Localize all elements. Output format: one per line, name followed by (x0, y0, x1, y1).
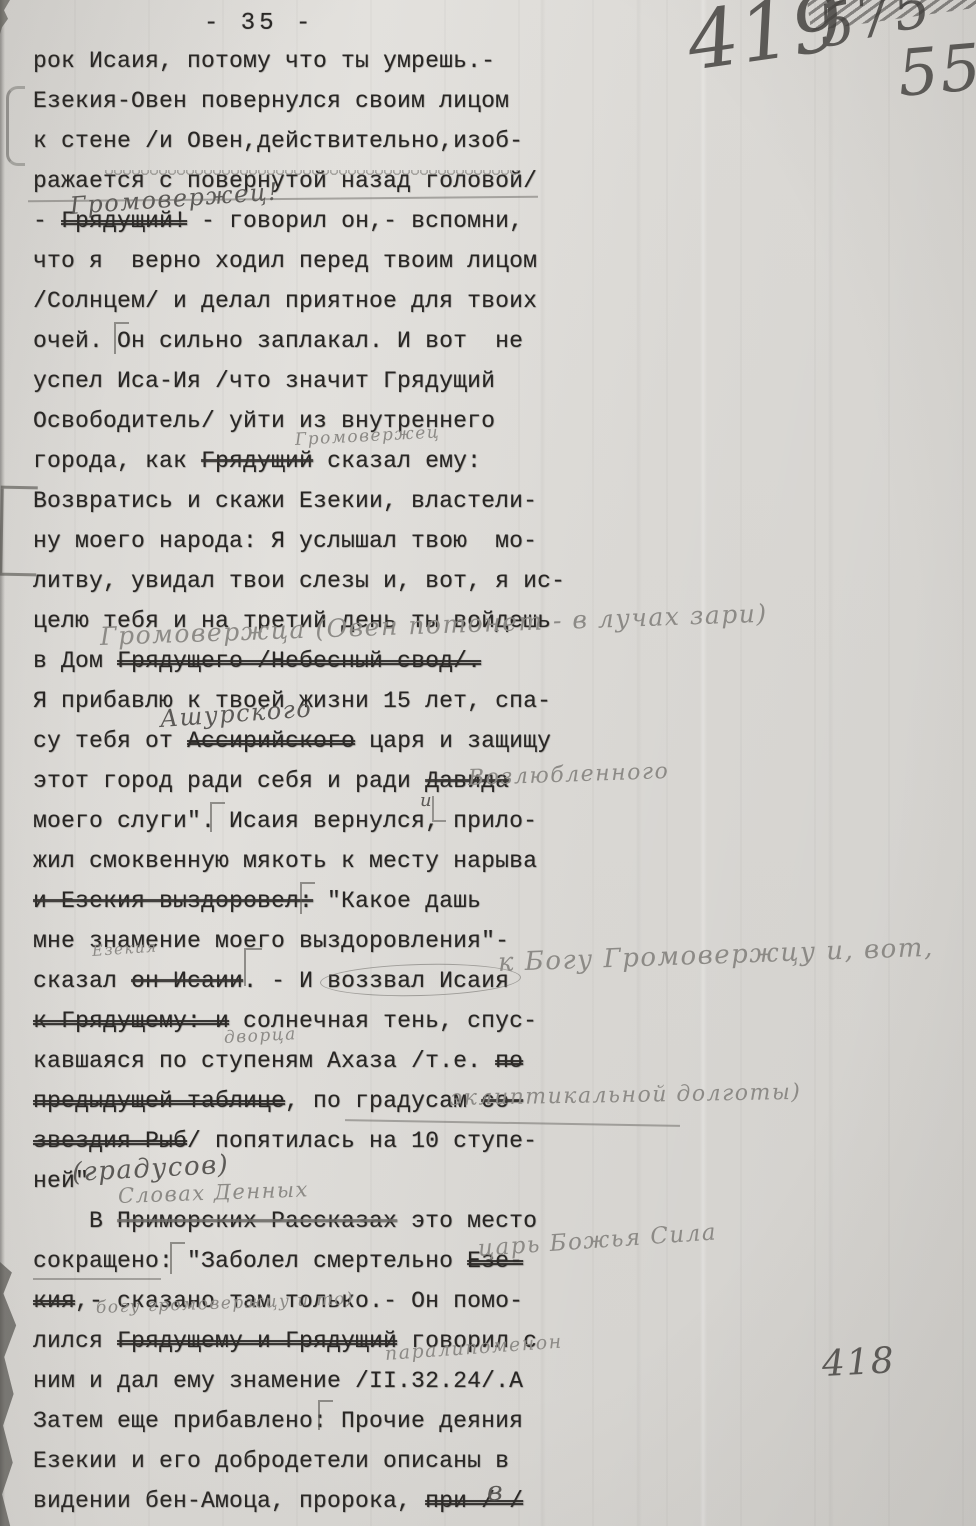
typed-segment: ним и дал ему знамение /II.32.24/.А (33, 1368, 523, 1394)
typed-segment: видении бен-Амоца, пророка, (33, 1488, 425, 1514)
pencil-mark-bracket-round (6, 86, 25, 166)
pencil-mark-corner (244, 948, 262, 986)
typed-segment: кавшаяся по ступеням Ахаза /т.е. (33, 1048, 495, 1074)
pencil-mark-corner (170, 1242, 185, 1274)
typed-line: города, как Грядущий сказал ему: (33, 444, 565, 484)
typed-line: успел Иса-Ия /что значит Грядущий (33, 364, 565, 404)
typed-segment-struck: он Исаии (131, 968, 243, 994)
typed-segment: - говорил он,- вспомни, (187, 208, 523, 234)
typed-segment: сокращено: "Заболел смертельно (33, 1248, 467, 1274)
typed-segment: В (33, 1208, 117, 1234)
typed-segment: сказал ему: (313, 448, 481, 474)
typed-segment-struck: и Езекия выздоровел: (33, 888, 313, 914)
typed-segment: этот город ради себя и ради (33, 768, 425, 794)
pencil-mark-bracket-square (0, 486, 38, 577)
typed-segment-struck: Ассирийского (187, 728, 355, 754)
typed-line: су тебя от Ассирийского царя и защищу (33, 724, 565, 764)
typed-segment: Езекия-Овен повернулся своим лицом (33, 88, 509, 114)
typed-segment-struck: при / / (425, 1488, 523, 1514)
pencil-mark-corner (300, 882, 315, 914)
typed-segment: к стене /и Овен,действительно,изоб- (33, 128, 523, 154)
handwritten-annotation: 55 (895, 31, 976, 112)
typed-segment: /Солнцем/ и делал приятное для твоих (33, 288, 537, 314)
typed-segment-struck: предыдущей таблице (33, 1088, 285, 1114)
handwritten-annotation: в (487, 1476, 504, 1507)
typed-line: ним и дал ему знамение /II.32.24/.А (33, 1364, 565, 1404)
typed-segment: сказал (33, 968, 131, 994)
typed-line: Возвратись и скажи Езекии, властели- (33, 484, 565, 524)
typed-segment: что я верно ходил перед твоим лицом (33, 248, 537, 274)
typed-segment: это место (397, 1208, 537, 1234)
typed-segment: воззвал Исаия (327, 968, 509, 994)
typed-segment-struck: Грядущему и Грядущий (117, 1328, 397, 1354)
typed-line: Езекия-Овен повернулся своим лицом (33, 84, 565, 124)
typed-line: что я верно ходил перед твоим лицом (33, 244, 565, 284)
typed-segment: лился (33, 1328, 117, 1354)
handwritten-annotation: дворца (223, 1024, 297, 1048)
typed-segment: Езекии и его добродетели описаны в (33, 1448, 509, 1474)
typed-segment-struck: Грядущий (201, 448, 313, 474)
typed-segment-struck: кия (33, 1288, 75, 1314)
handwritten-annotation: 418 (821, 1340, 896, 1385)
typed-segment: Затем еще прибавлено: Прочие деяния (33, 1408, 523, 1434)
typed-segment: литву, увидал твои слезы и, вот, я ис- (33, 568, 565, 594)
typed-segment: очей. Он сильно заплакал. И вот не (33, 328, 523, 354)
typed-segment-struck: Грядущего /Небесный свод/. (117, 648, 481, 674)
typed-segment: "Какое дашь (313, 888, 481, 914)
typed-segment: царя и защищу (355, 728, 551, 754)
typed-line: к Грядущему: и солнечная тень, спус- (33, 1004, 565, 1044)
typed-line: жил смоквенную мякоть к месту нарыва (33, 844, 565, 884)
torn-paper-edge-bottom (0, 1262, 17, 1526)
pencil-mark-corner (114, 322, 129, 354)
typed-segment: успел Иса-Ия /что значит Грядущий (33, 368, 495, 394)
typed-line: Затем еще прибавлено: Прочие деяния (33, 1404, 565, 1444)
typed-segment: моего слуги". Исаия вернулся, прило- (33, 808, 537, 834)
typed-line: литву, увидал твои слезы и, вот, я ис- (33, 564, 565, 604)
typed-line: к стене /и Овен,действительно,изоб- (33, 124, 565, 164)
typed-line: очей. Он сильно заплакал. И вот не (33, 324, 565, 364)
typed-segment: в Дом (33, 648, 117, 674)
handwritten-annotation: эклиптикальной долготы) (450, 1080, 802, 1111)
typed-line: рок Исаия, потому что ты умрешь.- (33, 44, 565, 84)
typed-segment-struck: по (495, 1048, 523, 1074)
typed-segment: города, как (33, 448, 201, 474)
typed-line: ну моего народа: Я услышал твою мо- (33, 524, 565, 564)
typed-line: /Солнцем/ и делал приятное для твоих (33, 284, 565, 324)
typed-segment: - (33, 208, 61, 234)
typed-segment: / попятилась на 10 ступе- (187, 1128, 537, 1154)
typed-segment: ну моего народа: Я услышал твою мо- (33, 528, 537, 554)
scanned-manuscript-page: - 35 - рок Исаия, потому что ты умрешь.-… (0, 0, 976, 1526)
typed-line: моего слуги". Исаия вернулся, прило- (33, 804, 565, 844)
pencil-mark-corner (318, 1400, 333, 1430)
typed-segment: жил смоквенную мякоть к месту нарыва (33, 848, 537, 874)
typed-segment: рок Исаия, потому что ты умрешь.- (33, 48, 495, 74)
typed-segment-struck: звездия Рыб (33, 1128, 187, 1154)
pencil-mark-corner-b (432, 796, 446, 822)
typed-line: кавшаяся по ступеням Ахаза /т.е. по (33, 1044, 565, 1084)
pencil-mark-underline (33, 1278, 161, 1280)
typed-line: видении бен-Амоца, пророка, при / / (33, 1484, 565, 1524)
typed-segment-struck: к Грядущему: и (33, 1008, 229, 1034)
page-number: - 35 - (204, 10, 314, 37)
typed-segment-struck: Приморских Рассказах (117, 1208, 397, 1234)
typed-line: Езекии и его добродетели описаны в (33, 1444, 565, 1484)
pencil-mark-corner (210, 802, 225, 832)
typed-segment: Возвратись и скажи Езекии, властели- (33, 488, 537, 514)
typed-line: сказал он Исаии. - И воззвал Исаия (33, 964, 565, 1004)
pencil-mark-underline-wavy (105, 170, 520, 175)
